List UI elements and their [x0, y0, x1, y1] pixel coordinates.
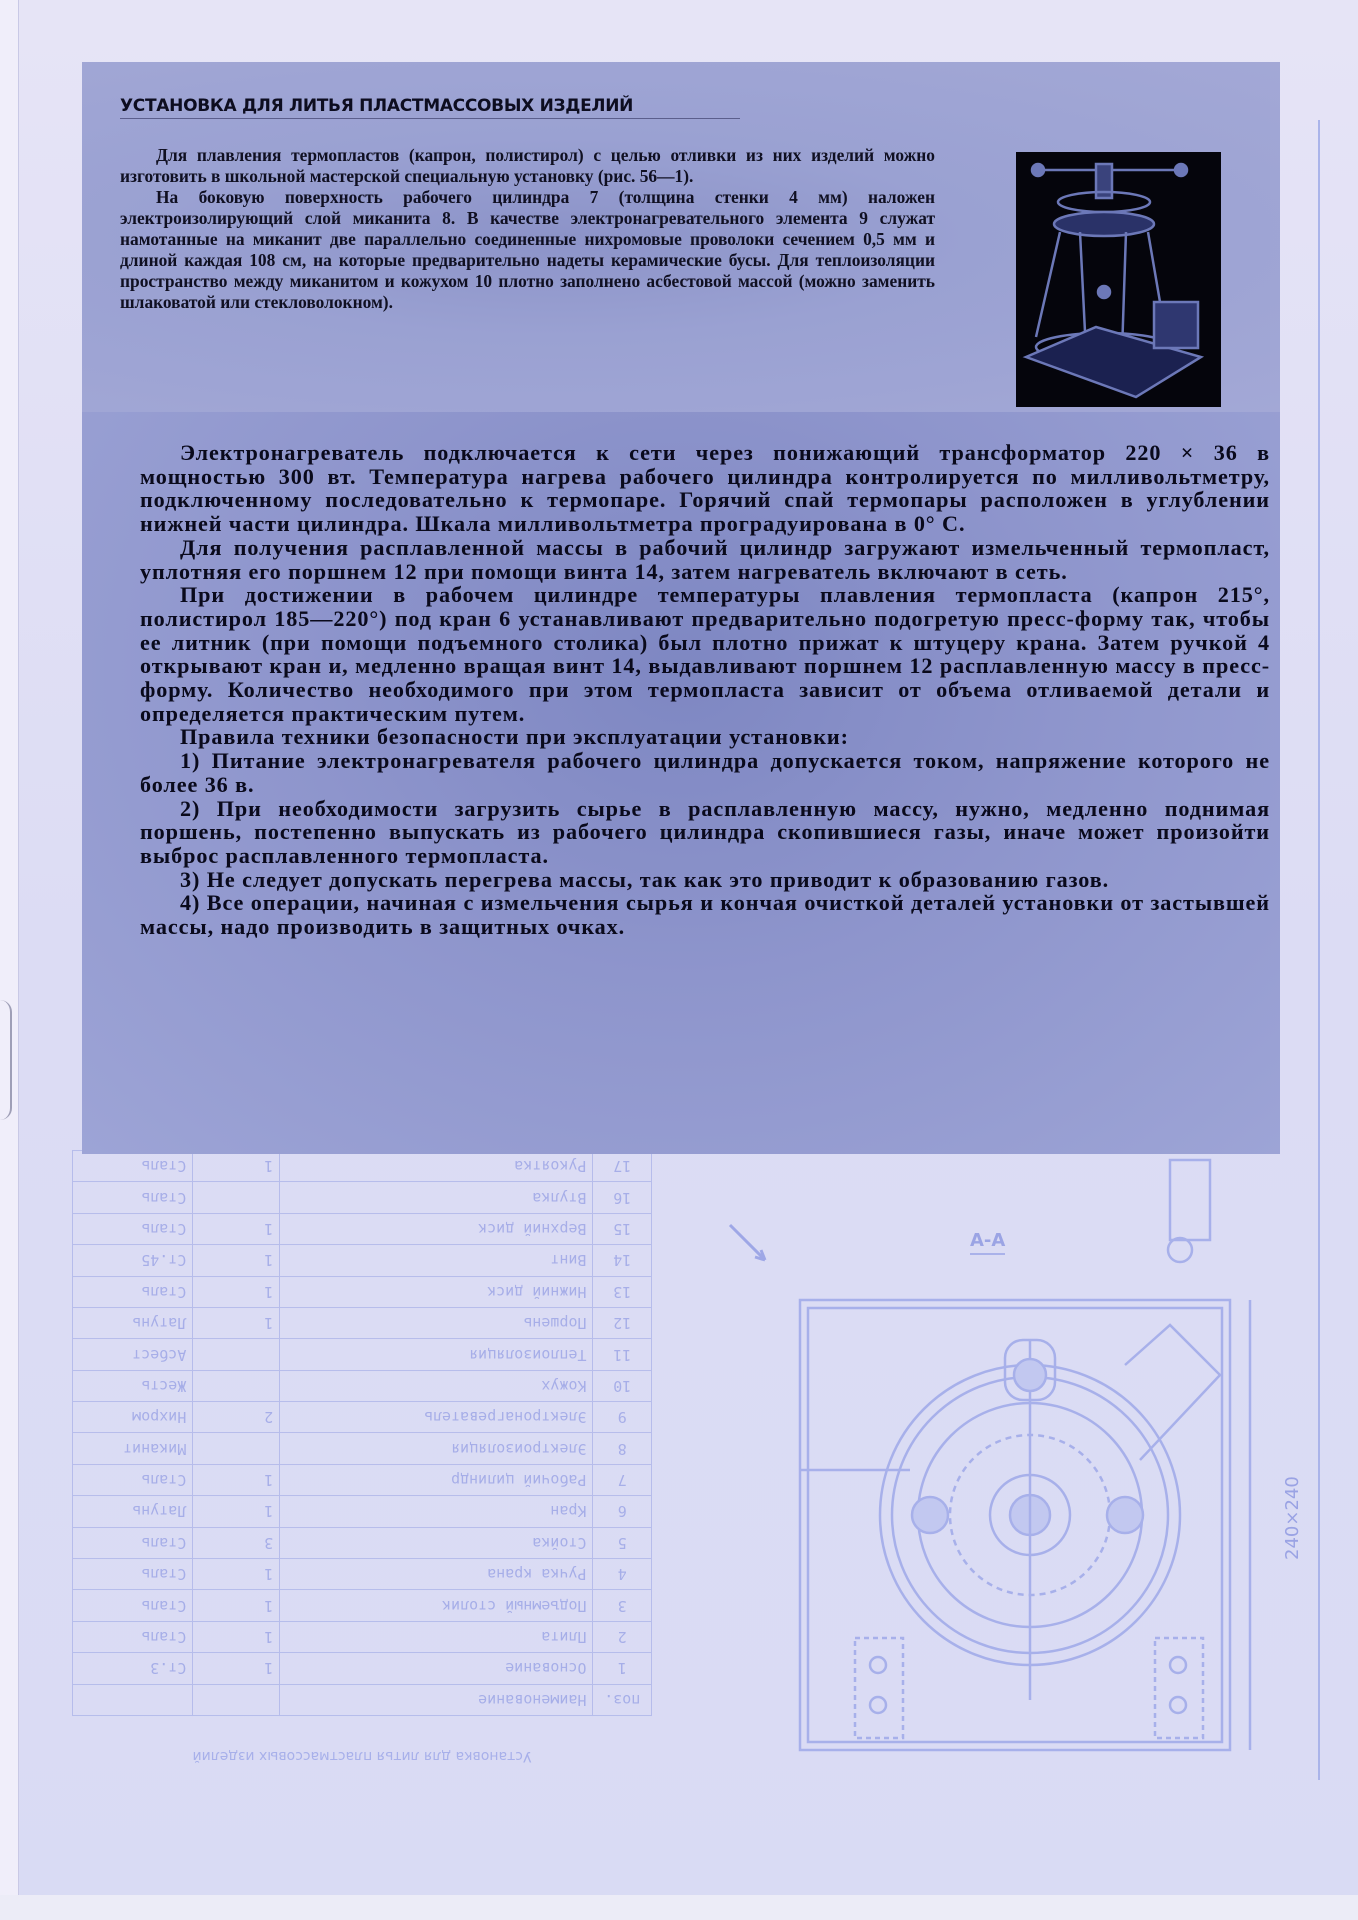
parts-cell-qty: 3 [193, 1527, 280, 1558]
parts-cell-material: Сталь [73, 1151, 193, 1182]
parts-cell-qty: 1 [193, 1464, 280, 1495]
parts-cell-name: Ручка крана [280, 1559, 593, 1590]
parts-cell-material: Сталь [73, 1621, 193, 1652]
parts-cell-qty [193, 1433, 280, 1464]
parts-cell-qty: 2 [193, 1402, 280, 1433]
parts-cell-qty: 1 [193, 1559, 280, 1590]
safety-rules-heading: Правила техники безопасности при эксплуа… [140, 725, 1270, 749]
parts-cell-qty [193, 1339, 280, 1370]
parts-cell-num: 17 [593, 1151, 652, 1182]
parts-cell-num: 8 [593, 1433, 652, 1464]
parts-cell-num: 13 [593, 1276, 652, 1307]
parts-cell-num: 10 [593, 1370, 652, 1401]
parts-cell-name: Основание [280, 1653, 593, 1684]
parts-cell-material: Сталь [73, 1590, 193, 1621]
apparatus-illustration [1016, 152, 1221, 407]
parts-cell-num: 14 [593, 1245, 652, 1276]
body-text: Электронагреватель подключается к сети ч… [140, 441, 1270, 939]
parts-cell-name: Электроизоляция [280, 1433, 593, 1464]
parts-cell-name: Кожух [280, 1370, 593, 1401]
page-title: Установка для литья пластмассовых издели… [120, 96, 633, 116]
table-row: 3Подъемный столик1Сталь [73, 1590, 652, 1621]
parts-cell-num: 7 [593, 1464, 652, 1495]
parts-cell-qty: 1 [193, 1496, 280, 1527]
parts-cell-qty: 1 [193, 1276, 280, 1307]
safety-rule: 3) Не следует допускать перегрева массы,… [140, 868, 1270, 892]
parts-table: поз.Наименование1Основание1Ст.32Плита1Ст… [72, 1150, 652, 1716]
intro-paragraph: Для плавления термопластов (капрон, поли… [120, 145, 935, 187]
parts-cell-num: 11 [593, 1339, 652, 1370]
parts-cell-num: 2 [593, 1621, 652, 1652]
parts-cell-num: 16 [593, 1182, 652, 1213]
parts-cell-num: 1 [593, 1653, 652, 1684]
table-row: 6Кран1Латунь [73, 1496, 652, 1527]
parts-cell-material: Миканит [73, 1433, 193, 1464]
parts-cell-name: Кран [280, 1496, 593, 1527]
table-row: 2Плита1Сталь [73, 1621, 652, 1652]
parts-table-header: поз.Наименование [73, 1684, 652, 1715]
parts-cell-material: Латунь [73, 1307, 193, 1338]
parts-cell-material: Сталь [73, 1559, 193, 1590]
table-row: 14Винт1Ст.45 [73, 1245, 652, 1276]
parts-cell-qty: 1 [193, 1653, 280, 1684]
intro-paragraph: На боковую поверхность рабочего цилиндра… [120, 187, 935, 313]
technical-drawing [780, 1140, 1320, 1780]
table-row: 8ЭлектроизоляцияМиканит [73, 1433, 652, 1464]
parts-cell-name: Теплоизоляция [280, 1339, 593, 1370]
parts-cell-material [73, 1684, 193, 1715]
table-row: 13Нижний диск1Сталь [73, 1276, 652, 1307]
parts-cell-material: Нихром [73, 1402, 193, 1433]
scan-page-edge [0, 0, 19, 1920]
parts-cell-qty: 1 [193, 1151, 280, 1182]
parts-cell-qty: 1 [193, 1590, 280, 1621]
parts-cell-material: Сталь [73, 1527, 193, 1558]
parts-cell-num: 4 [593, 1559, 652, 1590]
parts-cell-name: Нижний диск [280, 1276, 593, 1307]
parts-cell-num: поз. [593, 1684, 652, 1715]
parts-cell-name: Верхний диск [280, 1213, 593, 1244]
parts-cell-name: Наименование [280, 1684, 593, 1715]
table-row: 12Поршень1Латунь [73, 1307, 652, 1338]
safety-rule: 1) Питание электронагревателя рабочего ц… [140, 749, 1270, 796]
parts-cell-material: Жесть [73, 1370, 193, 1401]
table-row: 15Верхний диск1Сталь [73, 1213, 652, 1244]
table-row: 16ВтулкаСталь [73, 1182, 652, 1213]
parts-cell-num: 12 [593, 1307, 652, 1338]
parts-cell-name: Стойка [280, 1527, 593, 1558]
parts-cell-num: 9 [593, 1402, 652, 1433]
table-row: 1Основание1Ст.3 [73, 1653, 652, 1684]
parts-cell-name: Поршень [280, 1307, 593, 1338]
parts-cell-num: 3 [593, 1590, 652, 1621]
body-paragraph: При достижении в рабочем цилиндре темпер… [140, 583, 1270, 725]
section-arrow-icon [725, 1215, 775, 1275]
parts-cell-material: Ст.3 [73, 1653, 193, 1684]
parts-cell-qty: 1 [193, 1621, 280, 1652]
table-row: 11ТеплоизоляцияАсбест [73, 1339, 652, 1370]
table-row: 17Рукоятка1Сталь [73, 1151, 652, 1182]
parts-cell-name: Винт [280, 1245, 593, 1276]
parts-cell-name: Рукоятка [280, 1151, 593, 1182]
safety-rule: 4) Все операции, начиная с измельчения с… [140, 891, 1270, 938]
parts-cell-num: 15 [593, 1213, 652, 1244]
parts-cell-qty: 1 [193, 1245, 280, 1276]
parts-cell-material: Сталь [73, 1464, 193, 1495]
parts-cell-qty: 1 [193, 1213, 280, 1244]
parts-cell-name: Подъемный столик [280, 1590, 593, 1621]
table-row: 4Ручка крана1Сталь [73, 1559, 652, 1590]
table-row: 7Рабочий цилиндр1Сталь [73, 1464, 652, 1495]
table-row: 10КожухЖесть [73, 1370, 652, 1401]
table-row: 5Стойка3Сталь [73, 1527, 652, 1558]
parts-cell-name: Рабочий цилиндр [280, 1464, 593, 1495]
binding-mark [0, 1000, 12, 1120]
parts-table-caption: Установка для литья пластмассовых издели… [72, 1748, 652, 1764]
body-paragraph: Электронагреватель подключается к сети ч… [140, 441, 1270, 536]
safety-rule: 2) При необходимости загрузить сырье в р… [140, 797, 1270, 868]
parts-cell-material: Сталь [73, 1213, 193, 1244]
parts-cell-name: Электронагреватель [280, 1402, 593, 1433]
parts-cell-name: Втулка [280, 1182, 593, 1213]
title-underline [120, 118, 740, 119]
parts-cell-name: Плита [280, 1621, 593, 1652]
parts-cell-qty [193, 1684, 280, 1715]
parts-cell-num: 6 [593, 1496, 652, 1527]
parts-cell-qty: 1 [193, 1307, 280, 1338]
parts-cell-qty [193, 1370, 280, 1401]
parts-cell-material: Сталь [73, 1276, 193, 1307]
parts-cell-material: Ст.45 [73, 1245, 193, 1276]
parts-cell-material: Сталь [73, 1182, 193, 1213]
table-row: 9Электронагреватель2Нихром [73, 1402, 652, 1433]
parts-cell-material: Асбест [73, 1339, 193, 1370]
scan-bottom-margin [0, 1895, 1358, 1920]
parts-cell-material: Латунь [73, 1496, 193, 1527]
intro-text: Для плавления термопластов (капрон, поли… [120, 145, 935, 313]
parts-cell-qty [193, 1182, 280, 1213]
parts-cell-num: 5 [593, 1527, 652, 1558]
body-paragraph: Для получения расплавленной массы в рабо… [140, 536, 1270, 583]
